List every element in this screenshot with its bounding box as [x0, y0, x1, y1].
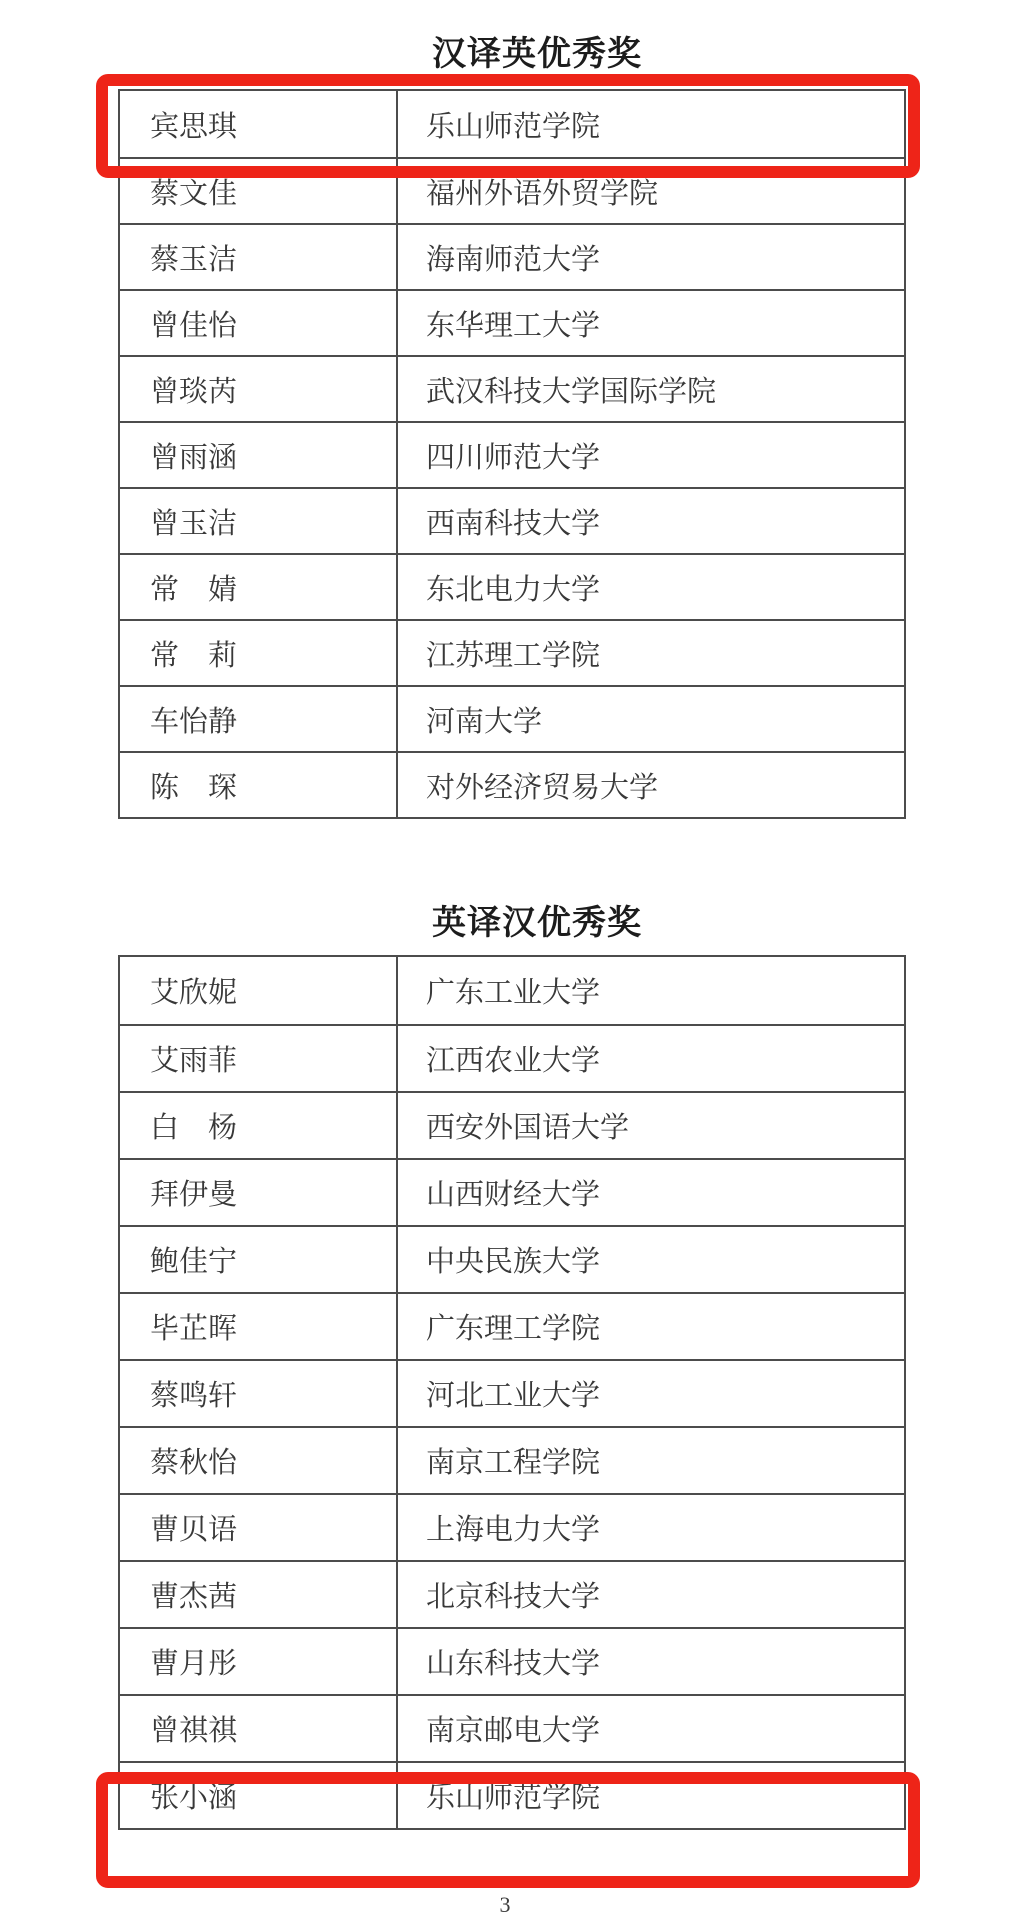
- winner-name-cell: 曹杰茜: [120, 1562, 398, 1627]
- school-name-cell: 南京邮电大学: [398, 1696, 904, 1761]
- section-title-chinese-to-english: 汉译英优秀奖: [32, 26, 1010, 75]
- school-name-cell: 江苏理工学院: [398, 621, 904, 685]
- table-row: 曾祺祺 南京邮电大学: [120, 1694, 904, 1761]
- table-row: 曹杰茜 北京科技大学: [120, 1560, 904, 1627]
- table-row: 曾佳怡 东华理工大学: [120, 289, 904, 355]
- table-row: 毕芷晖 广东理工学院: [120, 1292, 904, 1359]
- section-title-english-to-chinese: 英译汉优秀奖: [32, 895, 1010, 944]
- winner-name-cell: 鲍佳宁: [120, 1227, 398, 1292]
- table-row: 白 杨 西安外国语大学: [120, 1091, 904, 1158]
- award-table-english-to-chinese: 艾欣妮 广东工业大学 艾雨菲 江西农业大学 白 杨 西安外国语大学 拜伊曼 山西…: [118, 955, 906, 1830]
- school-name-cell: 上海电力大学: [398, 1495, 904, 1560]
- table-row: 蔡秋怡 南京工程学院: [120, 1426, 904, 1493]
- winner-name-cell: 陈 琛: [120, 753, 398, 817]
- school-name-cell: 广东理工学院: [398, 1294, 904, 1359]
- winner-name-cell: 曾玉洁: [120, 489, 398, 553]
- school-name-cell: 山西财经大学: [398, 1160, 904, 1225]
- school-name-cell: 乐山师范学院: [398, 1763, 904, 1828]
- table-row: 蔡文佳 福州外语外贸学院: [120, 157, 904, 223]
- winner-name-cell: 曾琰芮: [120, 357, 398, 421]
- school-name-cell: 武汉科技大学国际学院: [398, 357, 904, 421]
- school-name-cell: 东华理工大学: [398, 291, 904, 355]
- winner-name-cell: 曾佳怡: [120, 291, 398, 355]
- winner-name-cell: 曹贝语: [120, 1495, 398, 1560]
- school-name-cell: 南京工程学院: [398, 1428, 904, 1493]
- table-row: 车怡静 河南大学: [120, 685, 904, 751]
- winner-name-cell: 曾雨涵: [120, 423, 398, 487]
- document-page: 汉译英优秀奖 宾思琪 乐山师范学院 蔡文佳 福州外语外贸学院 蔡玉洁 海南师范大…: [0, 0, 1010, 1920]
- table-row: 曹贝语 上海电力大学: [120, 1493, 904, 1560]
- school-name-cell: 西安外国语大学: [398, 1093, 904, 1158]
- table-row: 宾思琪 乐山师范学院: [120, 91, 904, 157]
- school-name-cell: 北京科技大学: [398, 1562, 904, 1627]
- school-name-cell: 广东工业大学: [398, 957, 904, 1024]
- school-name-cell: 四川师范大学: [398, 423, 904, 487]
- school-name-cell: 西南科技大学: [398, 489, 904, 553]
- table-row: 常 婧 东北电力大学: [120, 553, 904, 619]
- school-name-cell: 中央民族大学: [398, 1227, 904, 1292]
- winner-name-cell: 张小涵: [120, 1763, 398, 1828]
- winner-name-cell: 蔡文佳: [120, 159, 398, 223]
- table-row: 曹月彤 山东科技大学: [120, 1627, 904, 1694]
- award-table-chinese-to-english: 宾思琪 乐山师范学院 蔡文佳 福州外语外贸学院 蔡玉洁 海南师范大学 曾佳怡 东…: [118, 89, 906, 819]
- winner-name-cell: 白 杨: [120, 1093, 398, 1158]
- school-name-cell: 福州外语外贸学院: [398, 159, 904, 223]
- table-row: 拜伊曼 山西财经大学: [120, 1158, 904, 1225]
- table-row: 曾雨涵 四川师范大学: [120, 421, 904, 487]
- winner-name-cell: 常 婧: [120, 555, 398, 619]
- table-row: 张小涵 乐山师范学院: [120, 1761, 904, 1828]
- winner-name-cell: 毕芷晖: [120, 1294, 398, 1359]
- winner-name-cell: 宾思琪: [120, 91, 398, 157]
- winner-name-cell: 艾雨菲: [120, 1026, 398, 1091]
- winner-name-cell: 蔡鸣轩: [120, 1361, 398, 1426]
- winner-name-cell: 常 莉: [120, 621, 398, 685]
- school-name-cell: 东北电力大学: [398, 555, 904, 619]
- table-row: 常 莉 江苏理工学院: [120, 619, 904, 685]
- table-row: 艾雨菲 江西农业大学: [120, 1024, 904, 1091]
- table-row: 蔡鸣轩 河北工业大学: [120, 1359, 904, 1426]
- winner-name-cell: 蔡秋怡: [120, 1428, 398, 1493]
- winner-name-cell: 曾祺祺: [120, 1696, 398, 1761]
- table-row: 曾琰芮 武汉科技大学国际学院: [120, 355, 904, 421]
- table-row: 曾玉洁 西南科技大学: [120, 487, 904, 553]
- school-name-cell: 海南师范大学: [398, 225, 904, 289]
- page-number: 3: [0, 1892, 1010, 1918]
- school-name-cell: 乐山师范学院: [398, 91, 904, 157]
- school-name-cell: 河北工业大学: [398, 1361, 904, 1426]
- school-name-cell: 山东科技大学: [398, 1629, 904, 1694]
- table-row: 鲍佳宁 中央民族大学: [120, 1225, 904, 1292]
- school-name-cell: 江西农业大学: [398, 1026, 904, 1091]
- winner-name-cell: 车怡静: [120, 687, 398, 751]
- winner-name-cell: 拜伊曼: [120, 1160, 398, 1225]
- table-row: 艾欣妮 广东工业大学: [120, 957, 904, 1024]
- winner-name-cell: 艾欣妮: [120, 957, 398, 1024]
- table-row: 蔡玉洁 海南师范大学: [120, 223, 904, 289]
- school-name-cell: 河南大学: [398, 687, 904, 751]
- winner-name-cell: 蔡玉洁: [120, 225, 398, 289]
- winner-name-cell: 曹月彤: [120, 1629, 398, 1694]
- table-row: 陈 琛 对外经济贸易大学: [120, 751, 904, 817]
- school-name-cell: 对外经济贸易大学: [398, 753, 904, 817]
